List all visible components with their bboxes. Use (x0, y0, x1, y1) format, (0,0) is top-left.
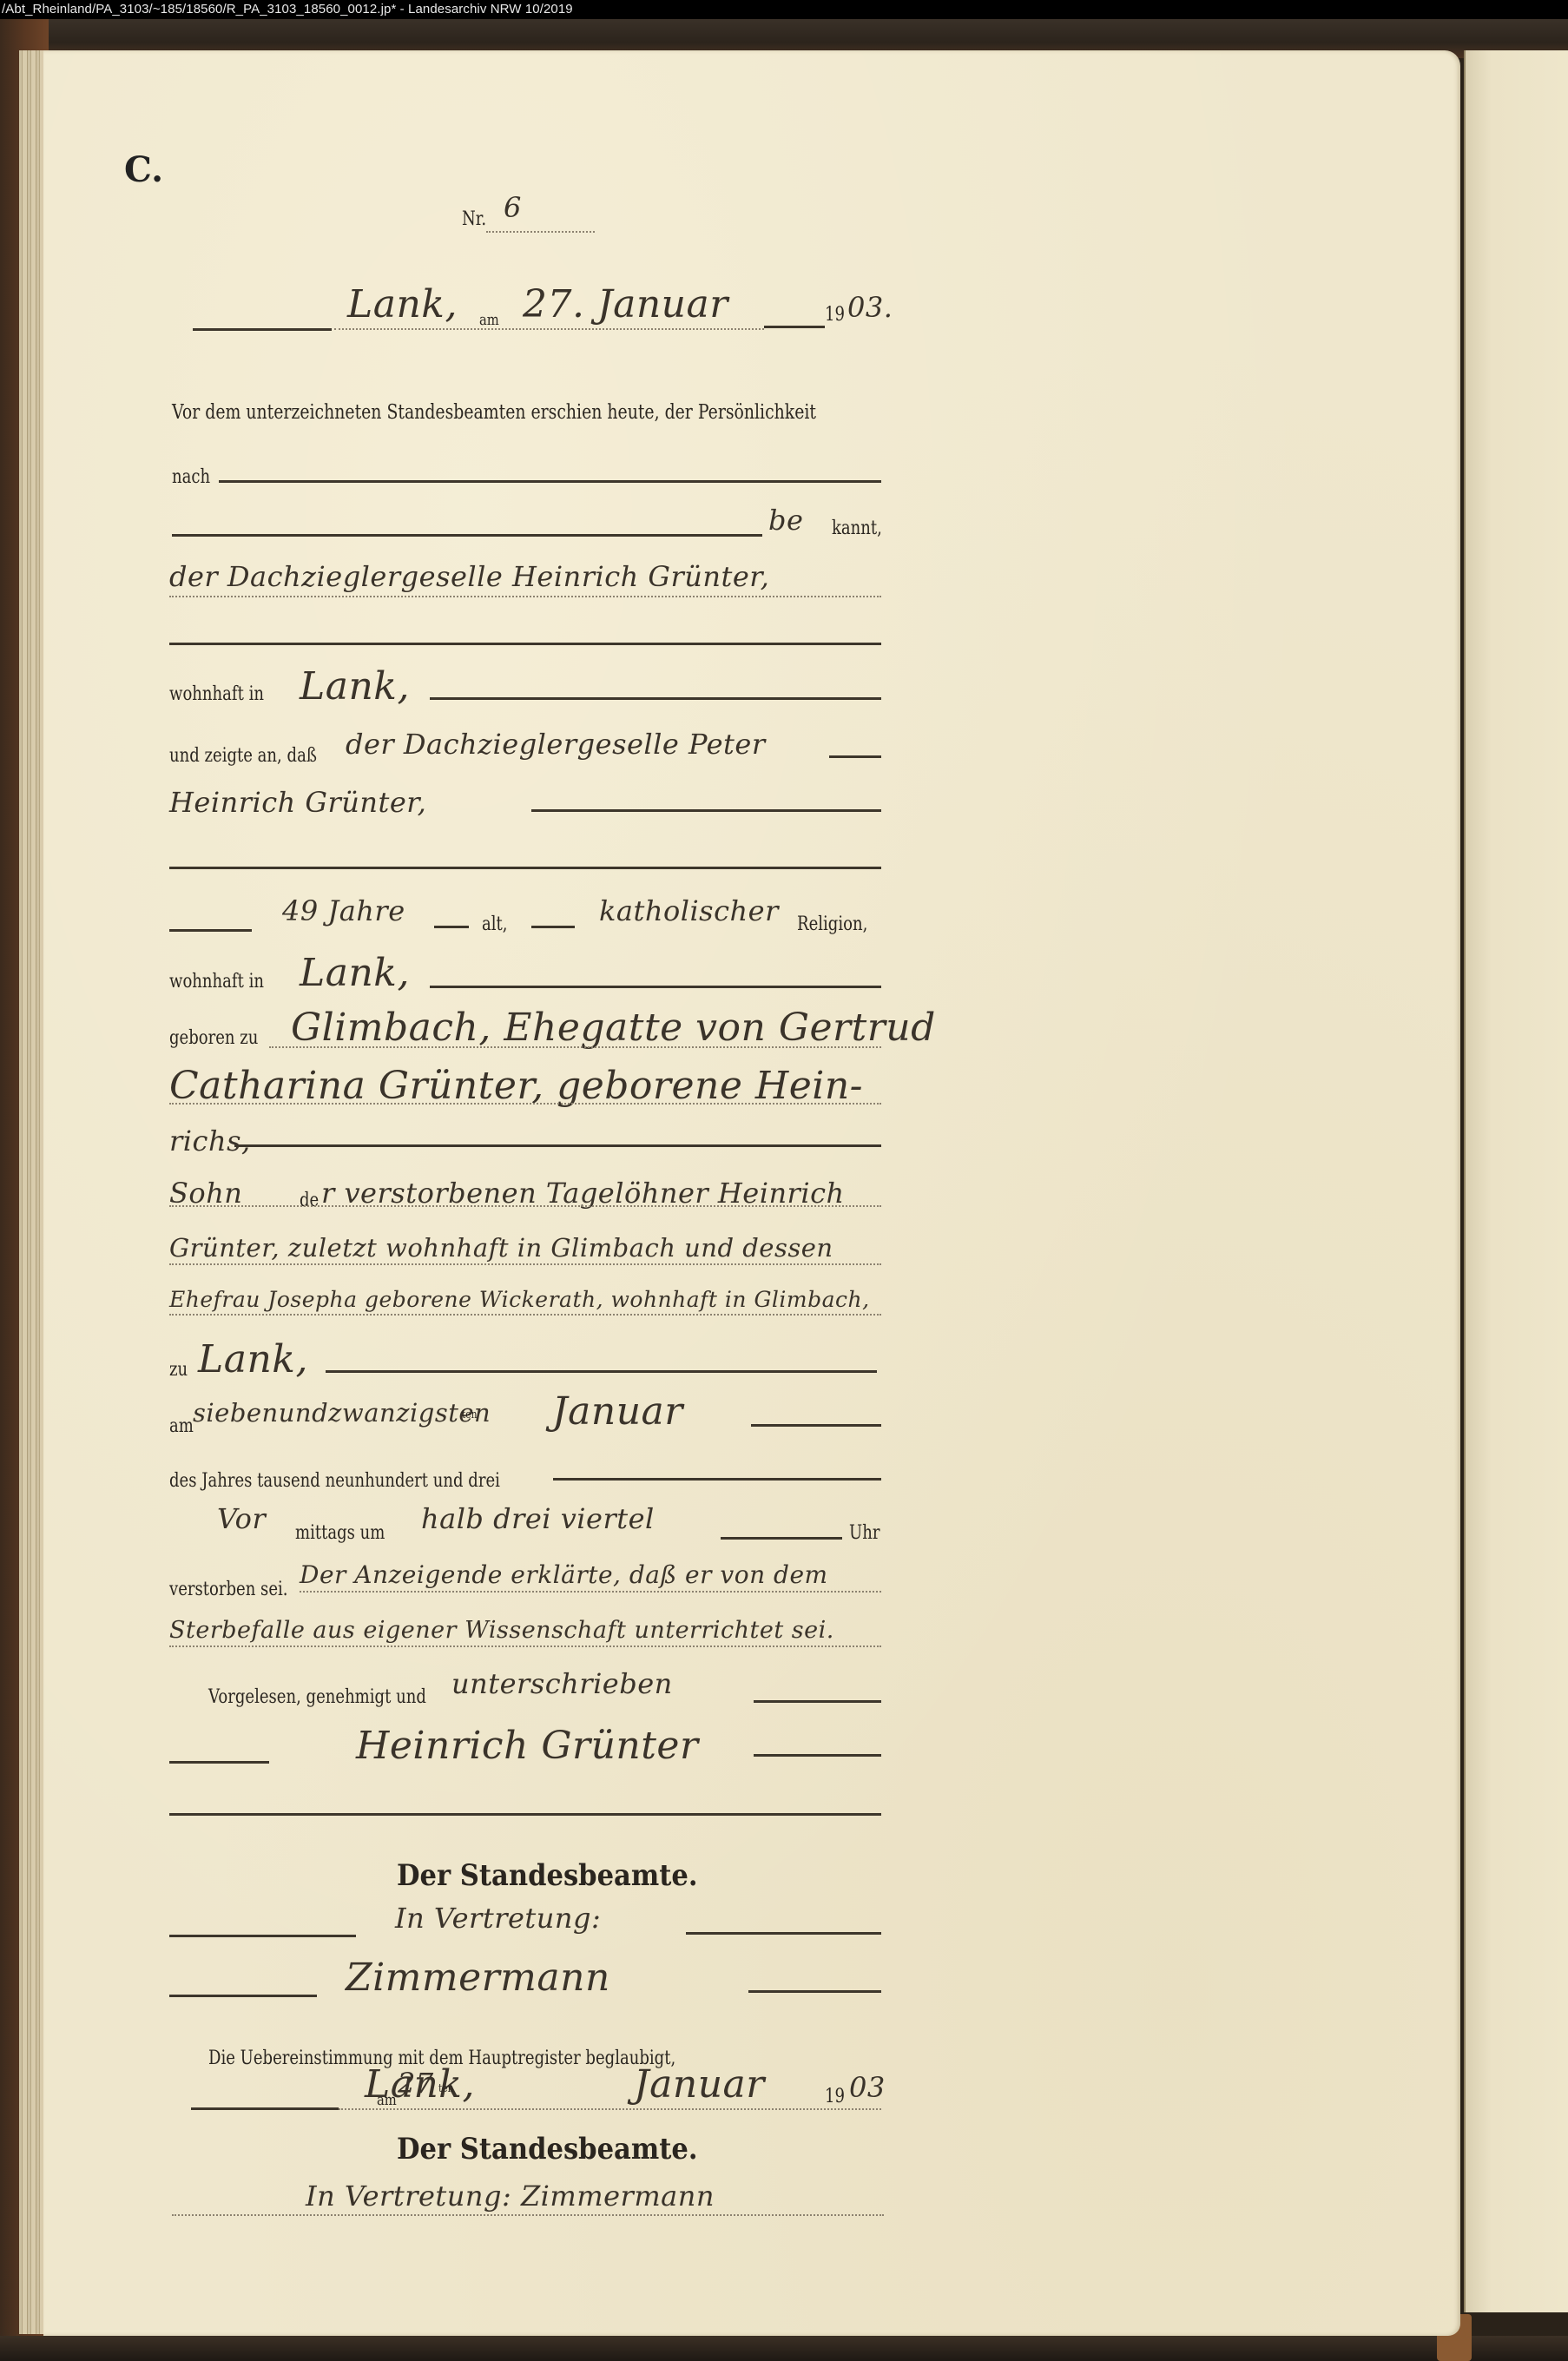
died-label: verstorben sei. (169, 1579, 288, 1600)
rule (169, 867, 881, 869)
read-label: Vorgelesen, genehmigt und (208, 1686, 426, 1708)
rule (531, 926, 575, 928)
bekannt-print: kannt, (832, 518, 882, 539)
nach-label: nach (172, 466, 210, 488)
year-suffix: 03. (847, 291, 893, 324)
year-line: des Jahres tausend neunhundert und drei (169, 1470, 500, 1492)
rule (721, 1537, 842, 1540)
cert-am-label: am (377, 2091, 397, 2109)
parent-print-prefix: de (300, 1190, 319, 1211)
rule (686, 1932, 881, 1935)
birth-line2: Catharina Grünter, geborene Hein- (169, 1064, 863, 1108)
rule (829, 755, 881, 758)
birth-label: geboren zu (169, 1027, 258, 1049)
cert-day: 27 (398, 2067, 434, 2100)
rule (531, 809, 881, 812)
cert-year-suffix: 03 (849, 2071, 886, 2104)
number-label: Nr. (462, 208, 486, 230)
rule (434, 926, 469, 928)
dotted-line (169, 1103, 881, 1105)
time-suffix: Uhr (849, 1522, 880, 1544)
rule (169, 1995, 317, 1997)
rule (169, 1813, 881, 1816)
rule (169, 1761, 269, 1764)
time-prefix: Vor (217, 1502, 266, 1535)
religion-value: katholischer (599, 894, 779, 927)
dotted-line (300, 1591, 881, 1593)
rule (430, 986, 881, 988)
number-dotted-line (486, 231, 595, 233)
rule (748, 1990, 881, 1993)
deceased-line1: der Dachziegler­geselle Peter (346, 728, 766, 761)
residence-value: Lank, (300, 664, 410, 709)
dotted-line (169, 1314, 881, 1316)
rule (219, 480, 881, 483)
cert-day-suffix: ten (438, 2082, 453, 2095)
deceased-residence-label: wohnhaft in (169, 971, 264, 993)
am-label: am (479, 311, 499, 329)
rule (169, 1935, 356, 1937)
announcement-label: und zeigte an, daß (169, 745, 317, 767)
religion-label: Religion, (797, 913, 867, 935)
bekannt-hand: be (768, 504, 803, 537)
rule (172, 534, 762, 537)
death-day-value: siebenundzwanzigsten (193, 1398, 491, 1428)
dotted-line (172, 2214, 884, 2216)
rule (754, 1700, 881, 1703)
time-label: mittags um (295, 1522, 385, 1544)
deceased-line2: Heinrich Grünter, (169, 786, 426, 819)
place-value: Lank, (347, 282, 458, 326)
cert-registrar-heading: Der Standesbeamte. (397, 2132, 698, 2166)
intro-text: Vor dem unterzeichneten Standesbeamten e… (172, 401, 816, 424)
residence-label: wohnhaft in (169, 683, 264, 705)
age-label: alt, (482, 913, 508, 935)
informant-name: der Dachziegler­geselle Heinrich Grünter… (169, 560, 769, 593)
cert-year-prefix: 19 (825, 2086, 845, 2107)
section-letter: C. (124, 149, 163, 190)
registrar-deputy: In Vertretung: (395, 1902, 601, 1935)
birth-line3: richs, (169, 1124, 251, 1157)
cert-signature: In Vertretung: Zimmermann (306, 2180, 715, 2213)
death-day-label: am (169, 1415, 194, 1437)
age-value: 49 Jahre (282, 894, 405, 927)
dotted-line (334, 328, 764, 330)
date-value: 27. Januar (523, 282, 728, 326)
rule (754, 1754, 881, 1757)
registrar-signature: Zimmermann (346, 1955, 610, 2000)
deceased-residence-value: Lank, (300, 951, 410, 995)
death-place-label: zu (169, 1359, 188, 1381)
parent-line3: Ehefrau Josepha geborene Wickerath, wohn… (169, 1287, 870, 1312)
death-place-value: Lank, (198, 1337, 308, 1382)
rule (169, 929, 252, 932)
birth-line1: Glimbach, Ehegatte von Gertrud (291, 1006, 936, 1050)
rule (191, 2107, 339, 2110)
dotted-line (169, 1205, 881, 1207)
rule (430, 697, 881, 700)
registrar-heading: Der Standesbeamte. (397, 1858, 698, 1893)
death-day-suffix: ten (462, 1408, 477, 1421)
dotted-line (169, 596, 881, 597)
cert-month: Januar (634, 2062, 765, 2107)
rule (326, 1370, 877, 1373)
year-prefix: 19 (825, 304, 845, 326)
dotted-line (169, 1263, 881, 1265)
rule (234, 1144, 881, 1147)
dotted-line (339, 2108, 881, 2110)
rule (553, 1478, 881, 1481)
informant-signature: Heinrich Grünter (356, 1724, 699, 1768)
parent-line2: Grünter, zuletzt wohnhaft in Glimbach un… (169, 1233, 833, 1263)
death-month-value: Januar (552, 1389, 683, 1434)
time-value: halb drei viertel (421, 1502, 655, 1535)
rule (169, 643, 881, 645)
rule (751, 1424, 881, 1427)
rule (764, 326, 825, 328)
death-record: C. Nr. 6 Lank, am 27. Januar 19 03. Vor … (0, 0, 1568, 2361)
dotted-line (169, 1645, 881, 1647)
number-value: 6 (504, 191, 522, 224)
remark-line1: Der Anzeigende erklärte, daß er von dem (300, 1560, 828, 1589)
remark-line2: Sterbefalle aus eigener Wissenschaft unt… (169, 1617, 834, 1644)
read-value: unterschrieben (451, 1667, 673, 1700)
rule (193, 328, 332, 331)
dotted-line (269, 1046, 881, 1048)
